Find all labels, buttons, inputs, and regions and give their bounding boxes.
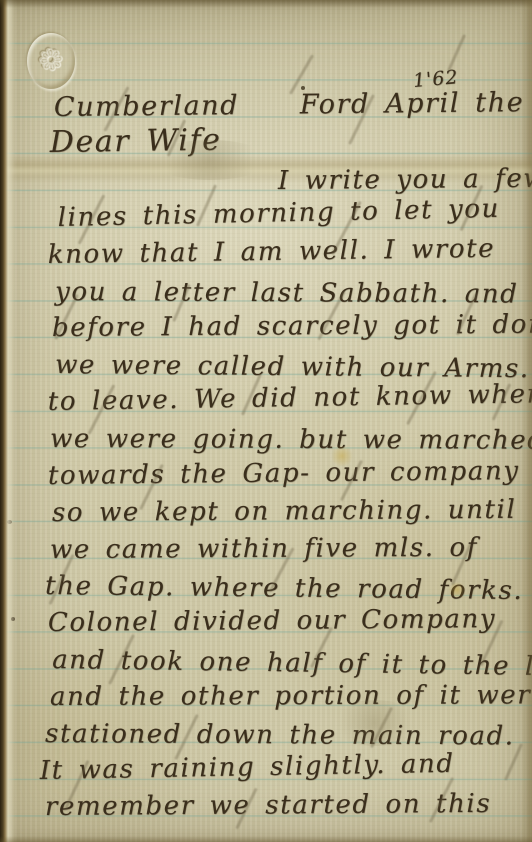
letter-line: we were called with our Arms. [55, 352, 530, 382]
page-left-edge [0, 0, 16, 842]
bleed-through-mark [88, 384, 116, 434]
page-bottom-edge [0, 836, 532, 842]
ink-speck [301, 86, 305, 90]
bleed-through-mark [406, 371, 437, 425]
letter-line: the Gap. where the road forks. The [45, 573, 532, 605]
letter-line: to leave. We did not know where [48, 381, 532, 415]
bleed-through-mark [235, 788, 257, 830]
bleed-through-mark [172, 284, 190, 322]
letter-line: lines this morning to let you [57, 196, 500, 231]
letter-line: and the other portion of it were [50, 682, 532, 710]
bleed-through-mark [451, 543, 472, 585]
bleed-through-mark [139, 464, 164, 510]
bleed-through-mark [108, 634, 135, 685]
letter-line: It was raining slightly. and [40, 750, 455, 783]
smudge-stain [330, 700, 420, 746]
page-right-edge [522, 0, 532, 842]
flower-emboss-icon: ❁ [36, 44, 65, 77]
bleed-through-mark [492, 383, 512, 421]
letter-line: remember we started on this [45, 791, 491, 820]
dateline: Cumberland Ford April the 15th [54, 88, 532, 121]
bleed-through-mark [447, 34, 466, 72]
bleed-through-mark [370, 707, 393, 748]
bleed-through-mark [310, 627, 333, 668]
bleed-through-mark [348, 94, 375, 145]
yellow-stain [448, 582, 466, 598]
letter-line: you a letter last Sabbath. and [55, 279, 519, 307]
paper-texture [0, 0, 532, 842]
salutation: Dear Wife [50, 126, 222, 158]
letter-line: towards the Gap- our company only [48, 457, 532, 489]
bleed-through-mark [317, 291, 345, 341]
bleed-through-mark [480, 620, 504, 667]
bleed-through-mark [504, 743, 523, 781]
yellow-stain [330, 446, 354, 466]
letter-line: so we kept on marching. until [52, 496, 517, 525]
letter-line: Colonel divided our Company [48, 606, 496, 636]
letter-line: we were going. but we marched [50, 426, 532, 454]
bleed-through-mark [340, 460, 363, 501]
page-top-edge [0, 0, 532, 8]
bleed-through-mark [429, 777, 454, 823]
embossed-floral-seal: ❁ [27, 33, 75, 89]
letter-line: and took one half of it to the left [52, 647, 532, 680]
letter-line: we came within five mls. of [50, 534, 478, 562]
bleed-through-mark [54, 294, 79, 340]
year-annotation: 1'62 [412, 68, 459, 91]
horizontal-crease [0, 155, 532, 183]
bleed-through-mark [331, 201, 362, 255]
bleed-through-mark [103, 86, 129, 132]
bleed-through-mark [268, 547, 294, 593]
letter-line: know that I am well. I wrote [48, 235, 496, 267]
bleed-through-mark [49, 554, 75, 605]
bleed-through-mark [241, 373, 262, 415]
bleed-through-mark [460, 185, 484, 232]
bleed-through-mark [64, 760, 90, 811]
bleed-through-mark [456, 293, 478, 335]
letter-line: stationed down the main road. [45, 721, 515, 749]
bleed-through-mark [78, 194, 106, 244]
bleed-through-mark [174, 714, 199, 760]
letter-line: before I had scarcely got it done [52, 312, 532, 342]
bleed-through-mark [196, 184, 217, 226]
bleed-through-mark [167, 119, 187, 157]
ruled-lines [0, 0, 532, 842]
letter-page: ❁ 1'62 Cumberland Ford April the 15th De… [0, 0, 532, 842]
bleed-through-mark [289, 54, 314, 94]
